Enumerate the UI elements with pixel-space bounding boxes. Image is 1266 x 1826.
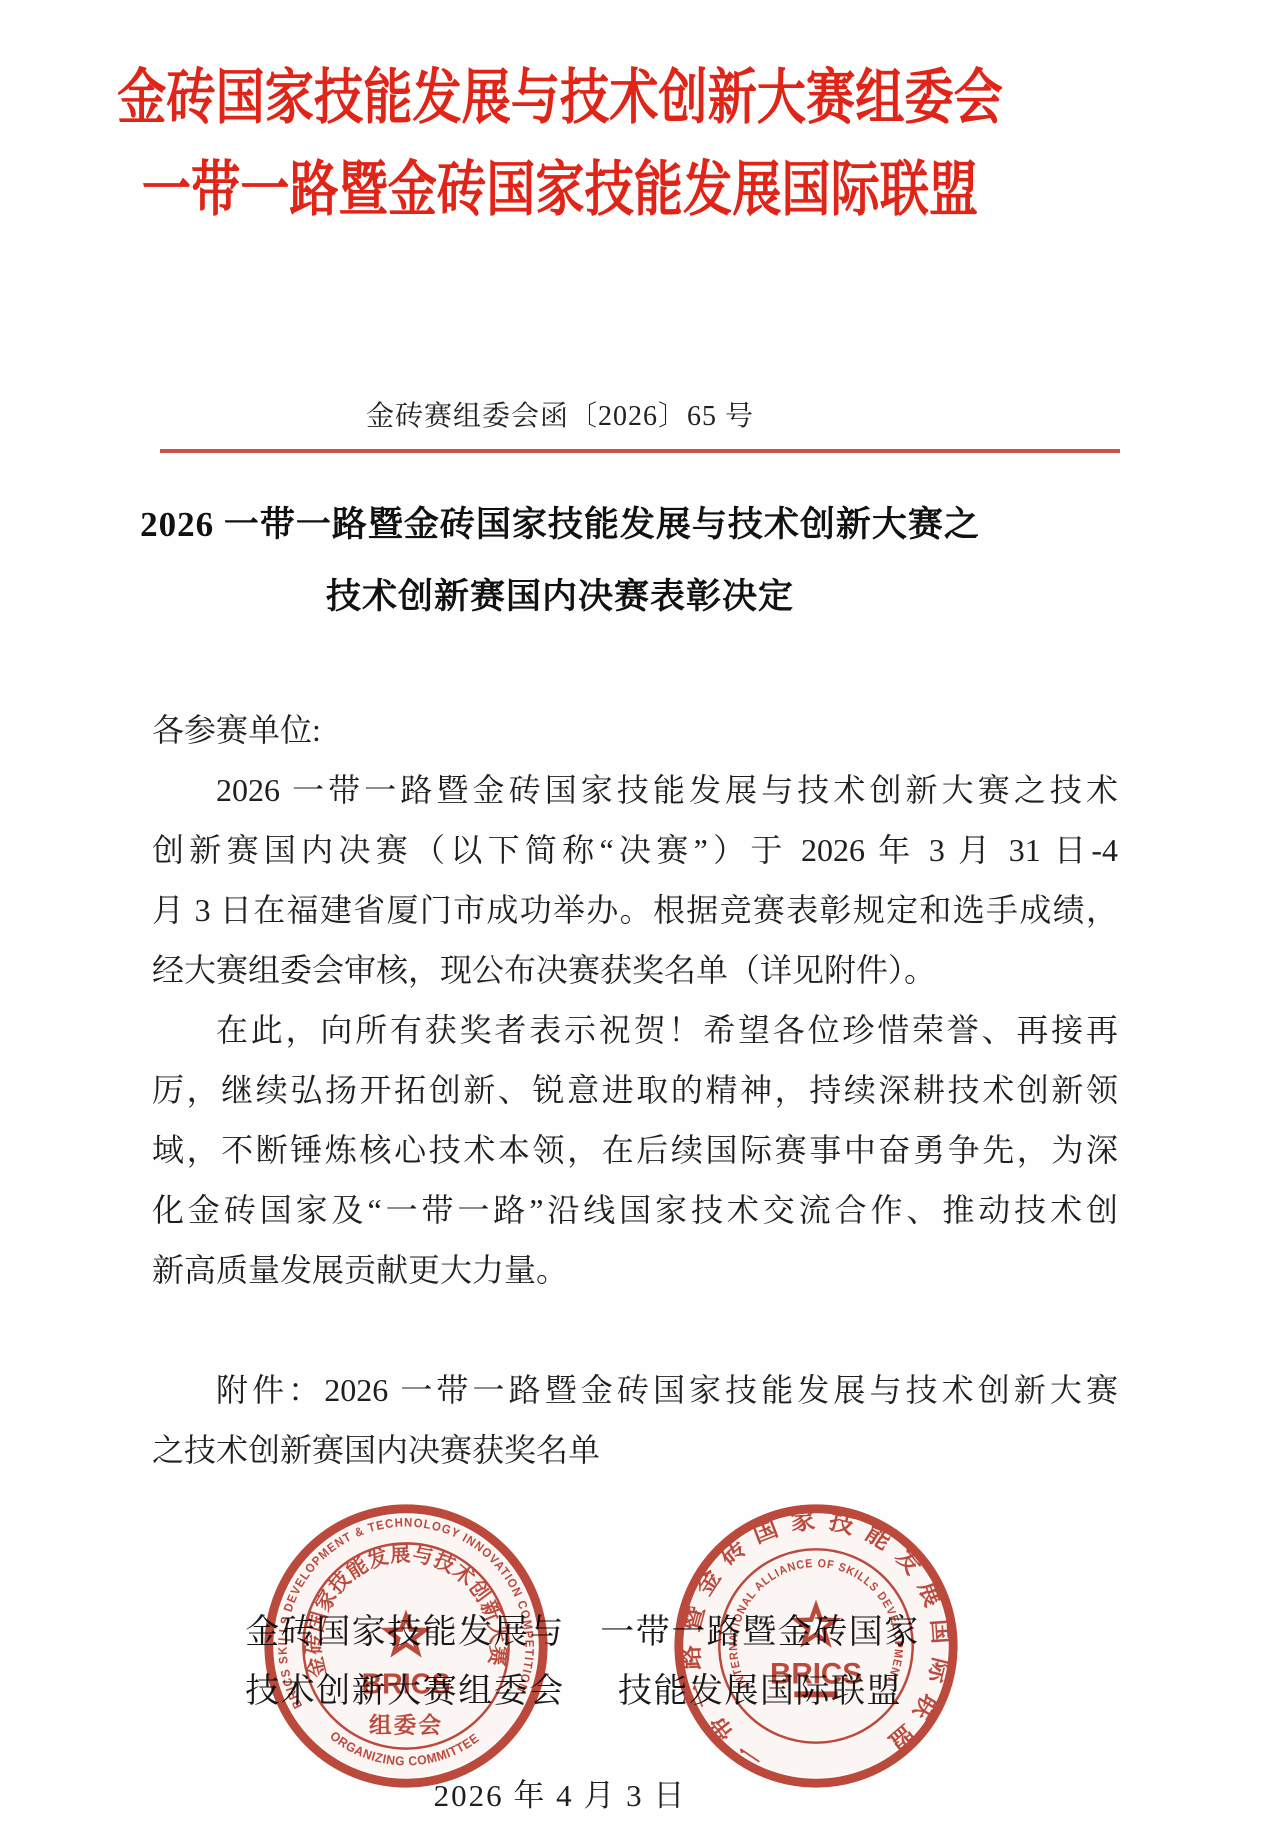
body-line: 2026 一带一路暨金砖国家技能发展与技术创新大赛之技术 xyxy=(152,760,1118,820)
body-line: 化金砖国家及“一带一路”沿线国家技术交流合作、推动技术创 xyxy=(152,1180,1118,1240)
right-stamp-seal: 一带一路暨金砖国家技能发展国际联盟 INTERNATIONAL ALLIANCE… xyxy=(668,1498,964,1794)
body-line: 月 3 日在福建省厦门市成功举办。根据竞赛表彰规定和选手成绩， xyxy=(152,880,1118,940)
attachment-line: 之技术创新赛国内决赛获奖名单 xyxy=(152,1420,1118,1480)
body-text: 各参赛单位: 2026 一带一路暨金砖国家技能发展与技术创新大赛之技术 创新赛国… xyxy=(152,700,1118,1300)
title-line-1: 2026 一带一路暨金砖国家技能发展与技术创新大赛之 xyxy=(0,497,1120,547)
stamp-brics-text: BRICS xyxy=(361,1668,450,1700)
body-line: 域，不断锤炼核心技术本领，在后续国际赛事中奋勇争先，为深 xyxy=(152,1120,1118,1180)
stamp-committee-text: 组委会 xyxy=(369,1712,443,1738)
attachment-note: 附件：2026 一带一路暨金砖国家技能发展与技术创新大赛 之技术创新赛国内决赛获… xyxy=(152,1360,1118,1480)
red-header-line-1: 金砖国家技能发展与技术创新大赛组委会 xyxy=(101,52,1019,144)
red-header-line-2: 一带一路暨金砖国家技能发展国际联盟 xyxy=(101,144,1019,236)
document-page: 金砖国家技能发展与技术创新大赛组委会 一带一路暨金砖国家技能发展国际联盟 金砖赛… xyxy=(0,0,1266,1826)
title-line-2: 技术创新赛国内决赛表彰决定 xyxy=(0,569,1120,619)
document-number: 金砖赛组委会函〔2026〕65 号 xyxy=(0,394,1120,434)
left-stamp-seal: BRICS SKILLS DEVELOPMENT & TECHNOLOGY IN… xyxy=(258,1498,554,1794)
salutation: 各参赛单位: xyxy=(152,700,1118,760)
stamp-brics-text: BRICS xyxy=(770,1657,862,1690)
body-line: 经大赛组委会审核，现公布决赛获奖名单（详见附件）。 xyxy=(152,940,1118,1000)
attachment-line: 附件：2026 一带一路暨金砖国家技能发展与技术创新大赛 xyxy=(152,1360,1118,1420)
stamp-small-bar xyxy=(794,1691,837,1697)
body-line: 创新赛国内决赛（以下简称“决赛”）于 2026 年 3 月 31 日-4 xyxy=(152,820,1118,880)
body-line: 厉，继续弘扬开拓创新、锐意进取的精神，持续深耕技术创新领 xyxy=(152,1060,1118,1120)
body-line: 在此，向所有获奖者表示祝贺！希望各位珍惜荣誉、再接再 xyxy=(152,1000,1118,1060)
red-divider-rule xyxy=(160,449,1120,453)
body-line: 新高质量发展贡献更大力量。 xyxy=(152,1240,1118,1300)
